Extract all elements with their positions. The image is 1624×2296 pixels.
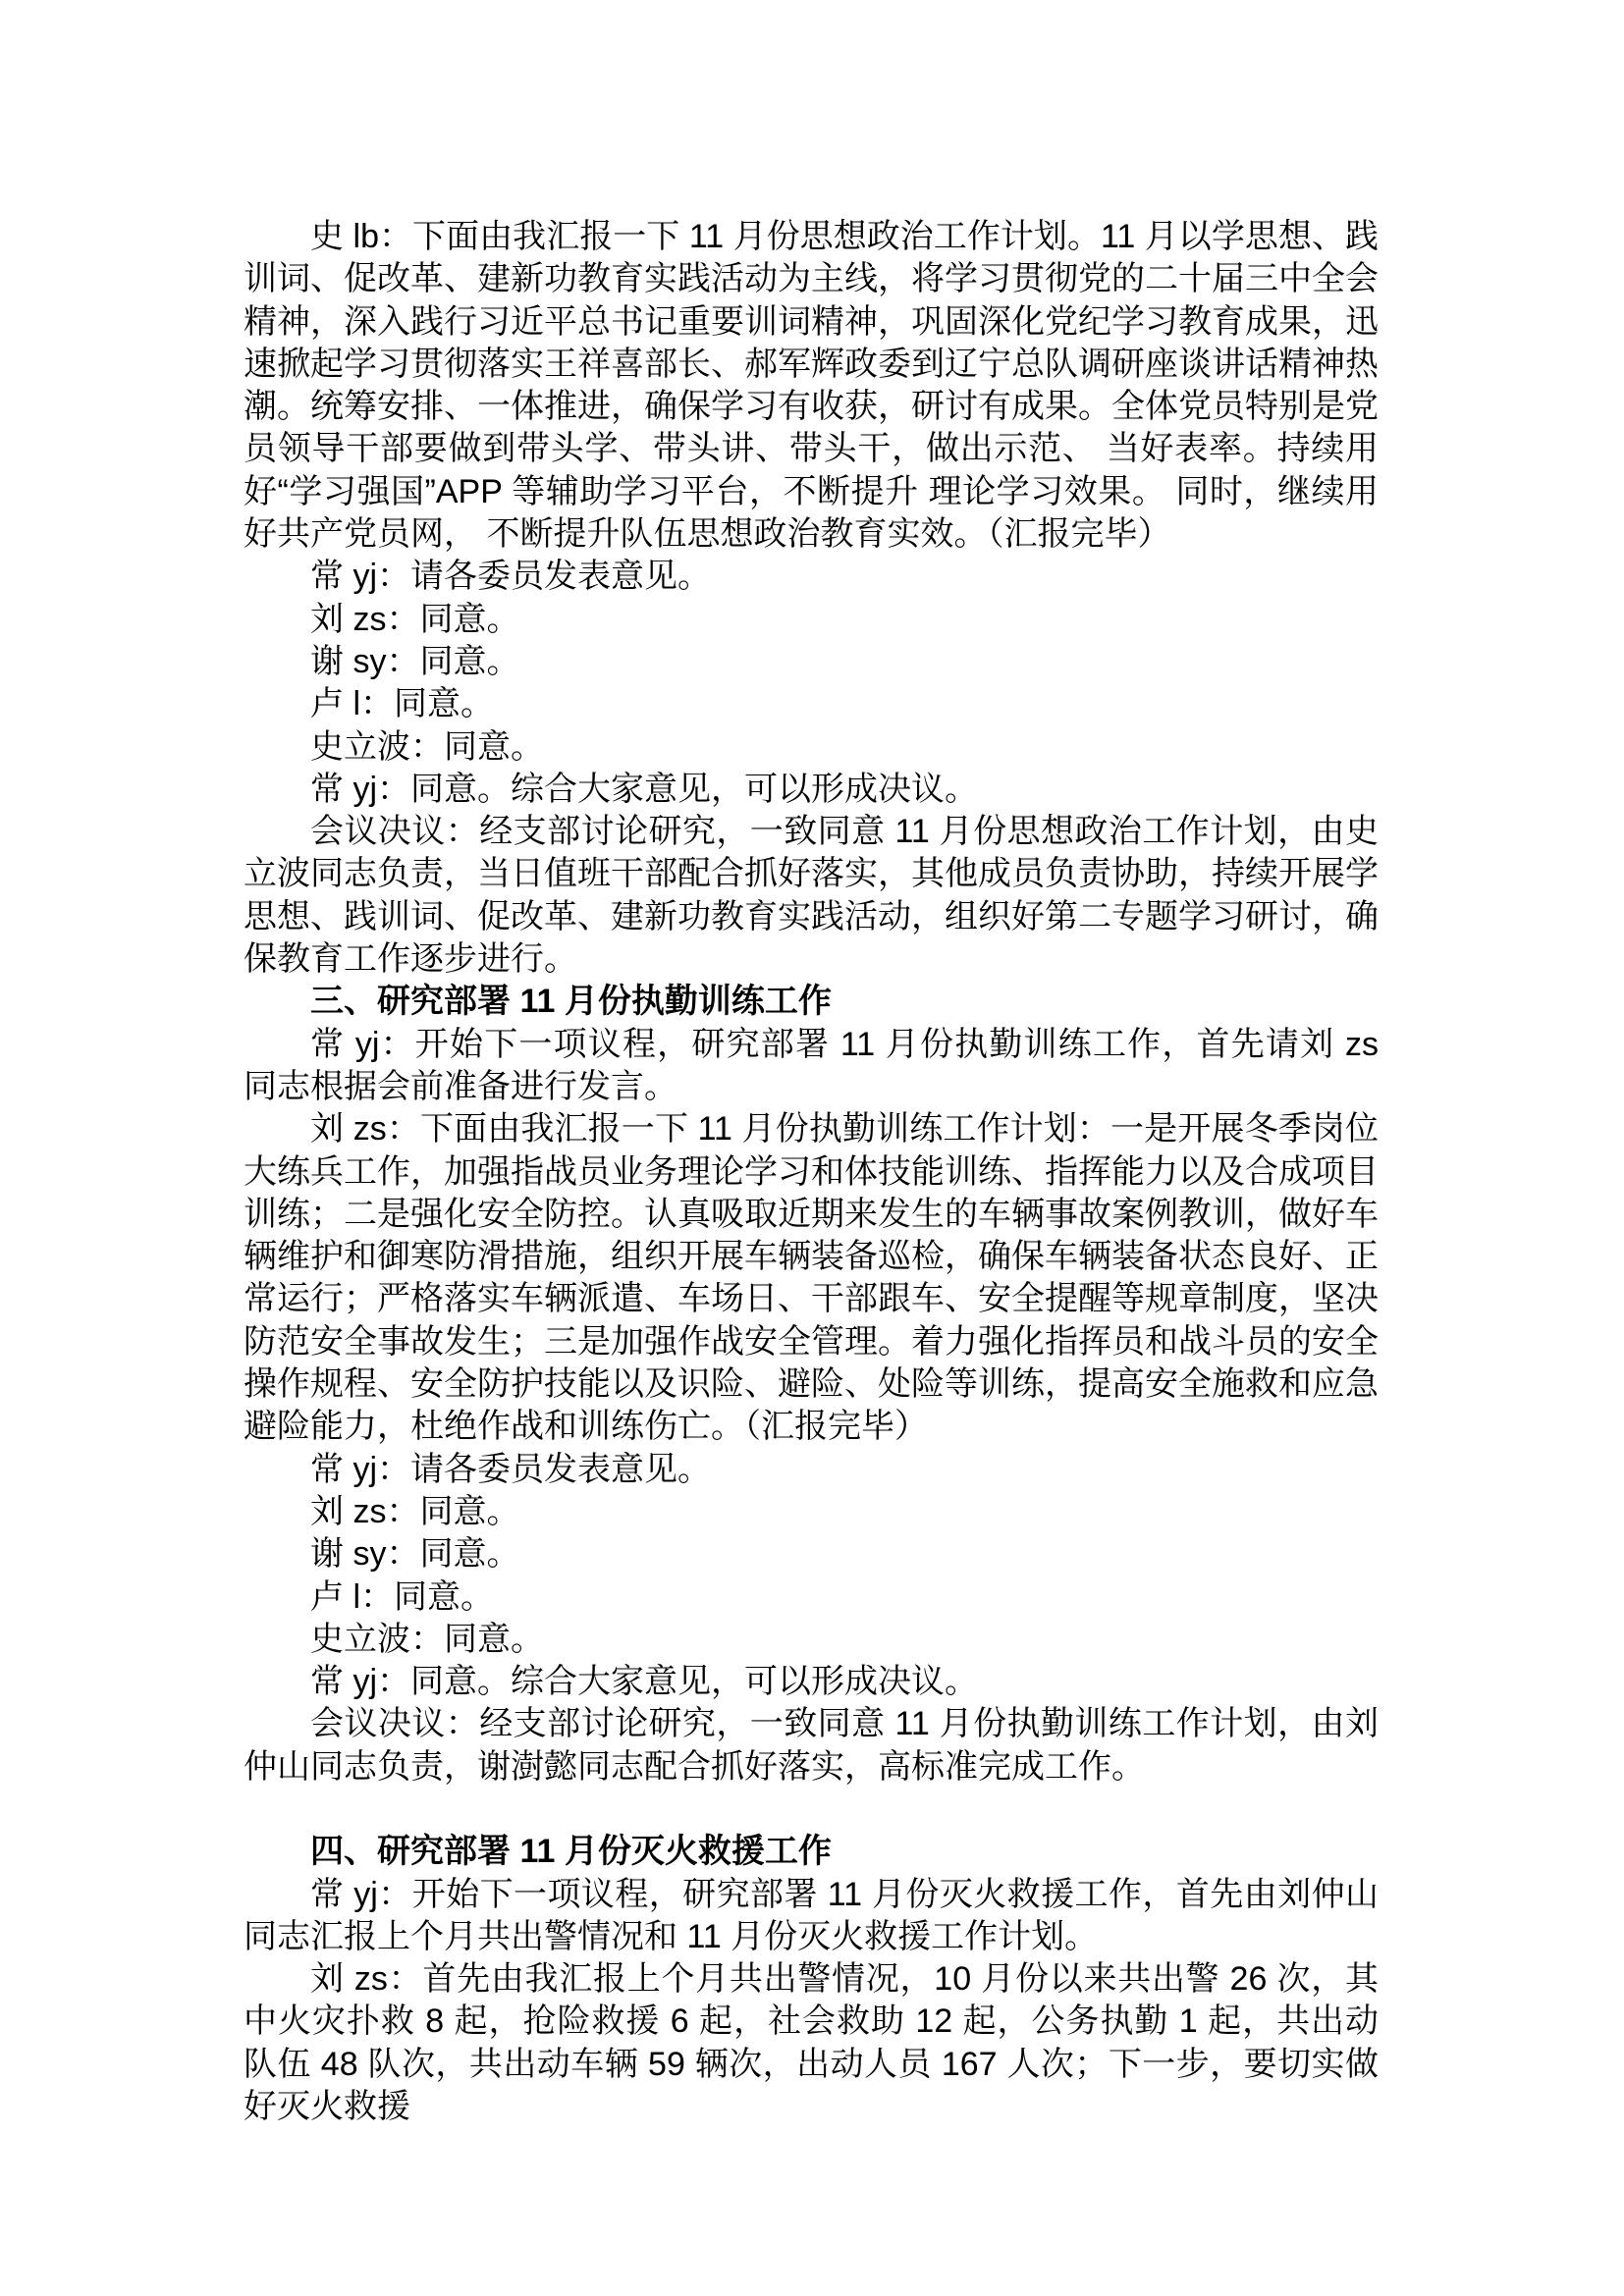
paragraph: 常 yj：同意。综合大家意见，可以形成决议。 — [244, 1661, 1379, 1703]
paragraph: 卢 l：同意。 — [244, 1576, 1379, 1619]
paragraph: 常 yj：请各委员发表意见。 — [244, 1449, 1379, 1491]
section-heading: 四、研究部署 11 月份灭火救援工作 — [244, 1831, 1379, 1873]
paragraph: 史立波：同意。 — [244, 726, 1379, 769]
paragraph: 谢 sy：同意。 — [244, 641, 1379, 683]
paragraph: 卢 l：同意。 — [244, 683, 1379, 725]
paragraph: 常 yj：开始下一项议程，研究部署 11 月份执勤训练工作，首先请刘 zs 同志… — [244, 1024, 1379, 1109]
paragraph: 史 lb：下面由我汇报一下 11 月份思想政治工作计划。11 月以学思想、践训词… — [244, 216, 1379, 556]
paragraph: 常 yj：开始下一项议程，研究部署 11 月份灭火救援工作，首先由刘仲山同志汇报… — [244, 1874, 1379, 1959]
paragraph: 常 yj：请各委员发表意见。 — [244, 556, 1379, 598]
paragraph: 刘 zs：同意。 — [244, 599, 1379, 641]
document-page: 史 lb：下面由我汇报一下 11 月份思想政治工作计划。11 月以学思想、践训词… — [0, 0, 1624, 2296]
paragraph: 谢 sy：同意。 — [244, 1533, 1379, 1575]
paragraph: 常 yj：同意。综合大家意见，可以形成决议。 — [244, 769, 1379, 811]
paragraph: 刘 zs：同意。 — [244, 1491, 1379, 1533]
document-body: 史 lb：下面由我汇报一下 11 月份思想政治工作计划。11 月以学思想、践训词… — [244, 216, 1379, 2128]
section-heading: 三、研究部署 11 月份执勤训练工作 — [244, 981, 1379, 1023]
paragraph: 刘 zs：首先由我汇报上个月共出警情况，10 月份以来共出警 26 次，其中火灾… — [244, 1958, 1379, 2128]
paragraph: 会议决议：经支部讨论研究，一致同意 11 月份执勤训练工作计划，由刘仲山同志负责… — [244, 1703, 1379, 1789]
paragraph: 史立波：同意。 — [244, 1619, 1379, 1661]
paragraph: 会议决议：经支部讨论研究，一致同意 11 月份思想政治工作计划，由史立波同志负责… — [244, 811, 1379, 981]
blank-line — [244, 1789, 1379, 1831]
paragraph: 刘 zs：下面由我汇报一下 11 月份执勤训练工作计划：一是开展冬季岗位大练兵工… — [244, 1108, 1379, 1448]
